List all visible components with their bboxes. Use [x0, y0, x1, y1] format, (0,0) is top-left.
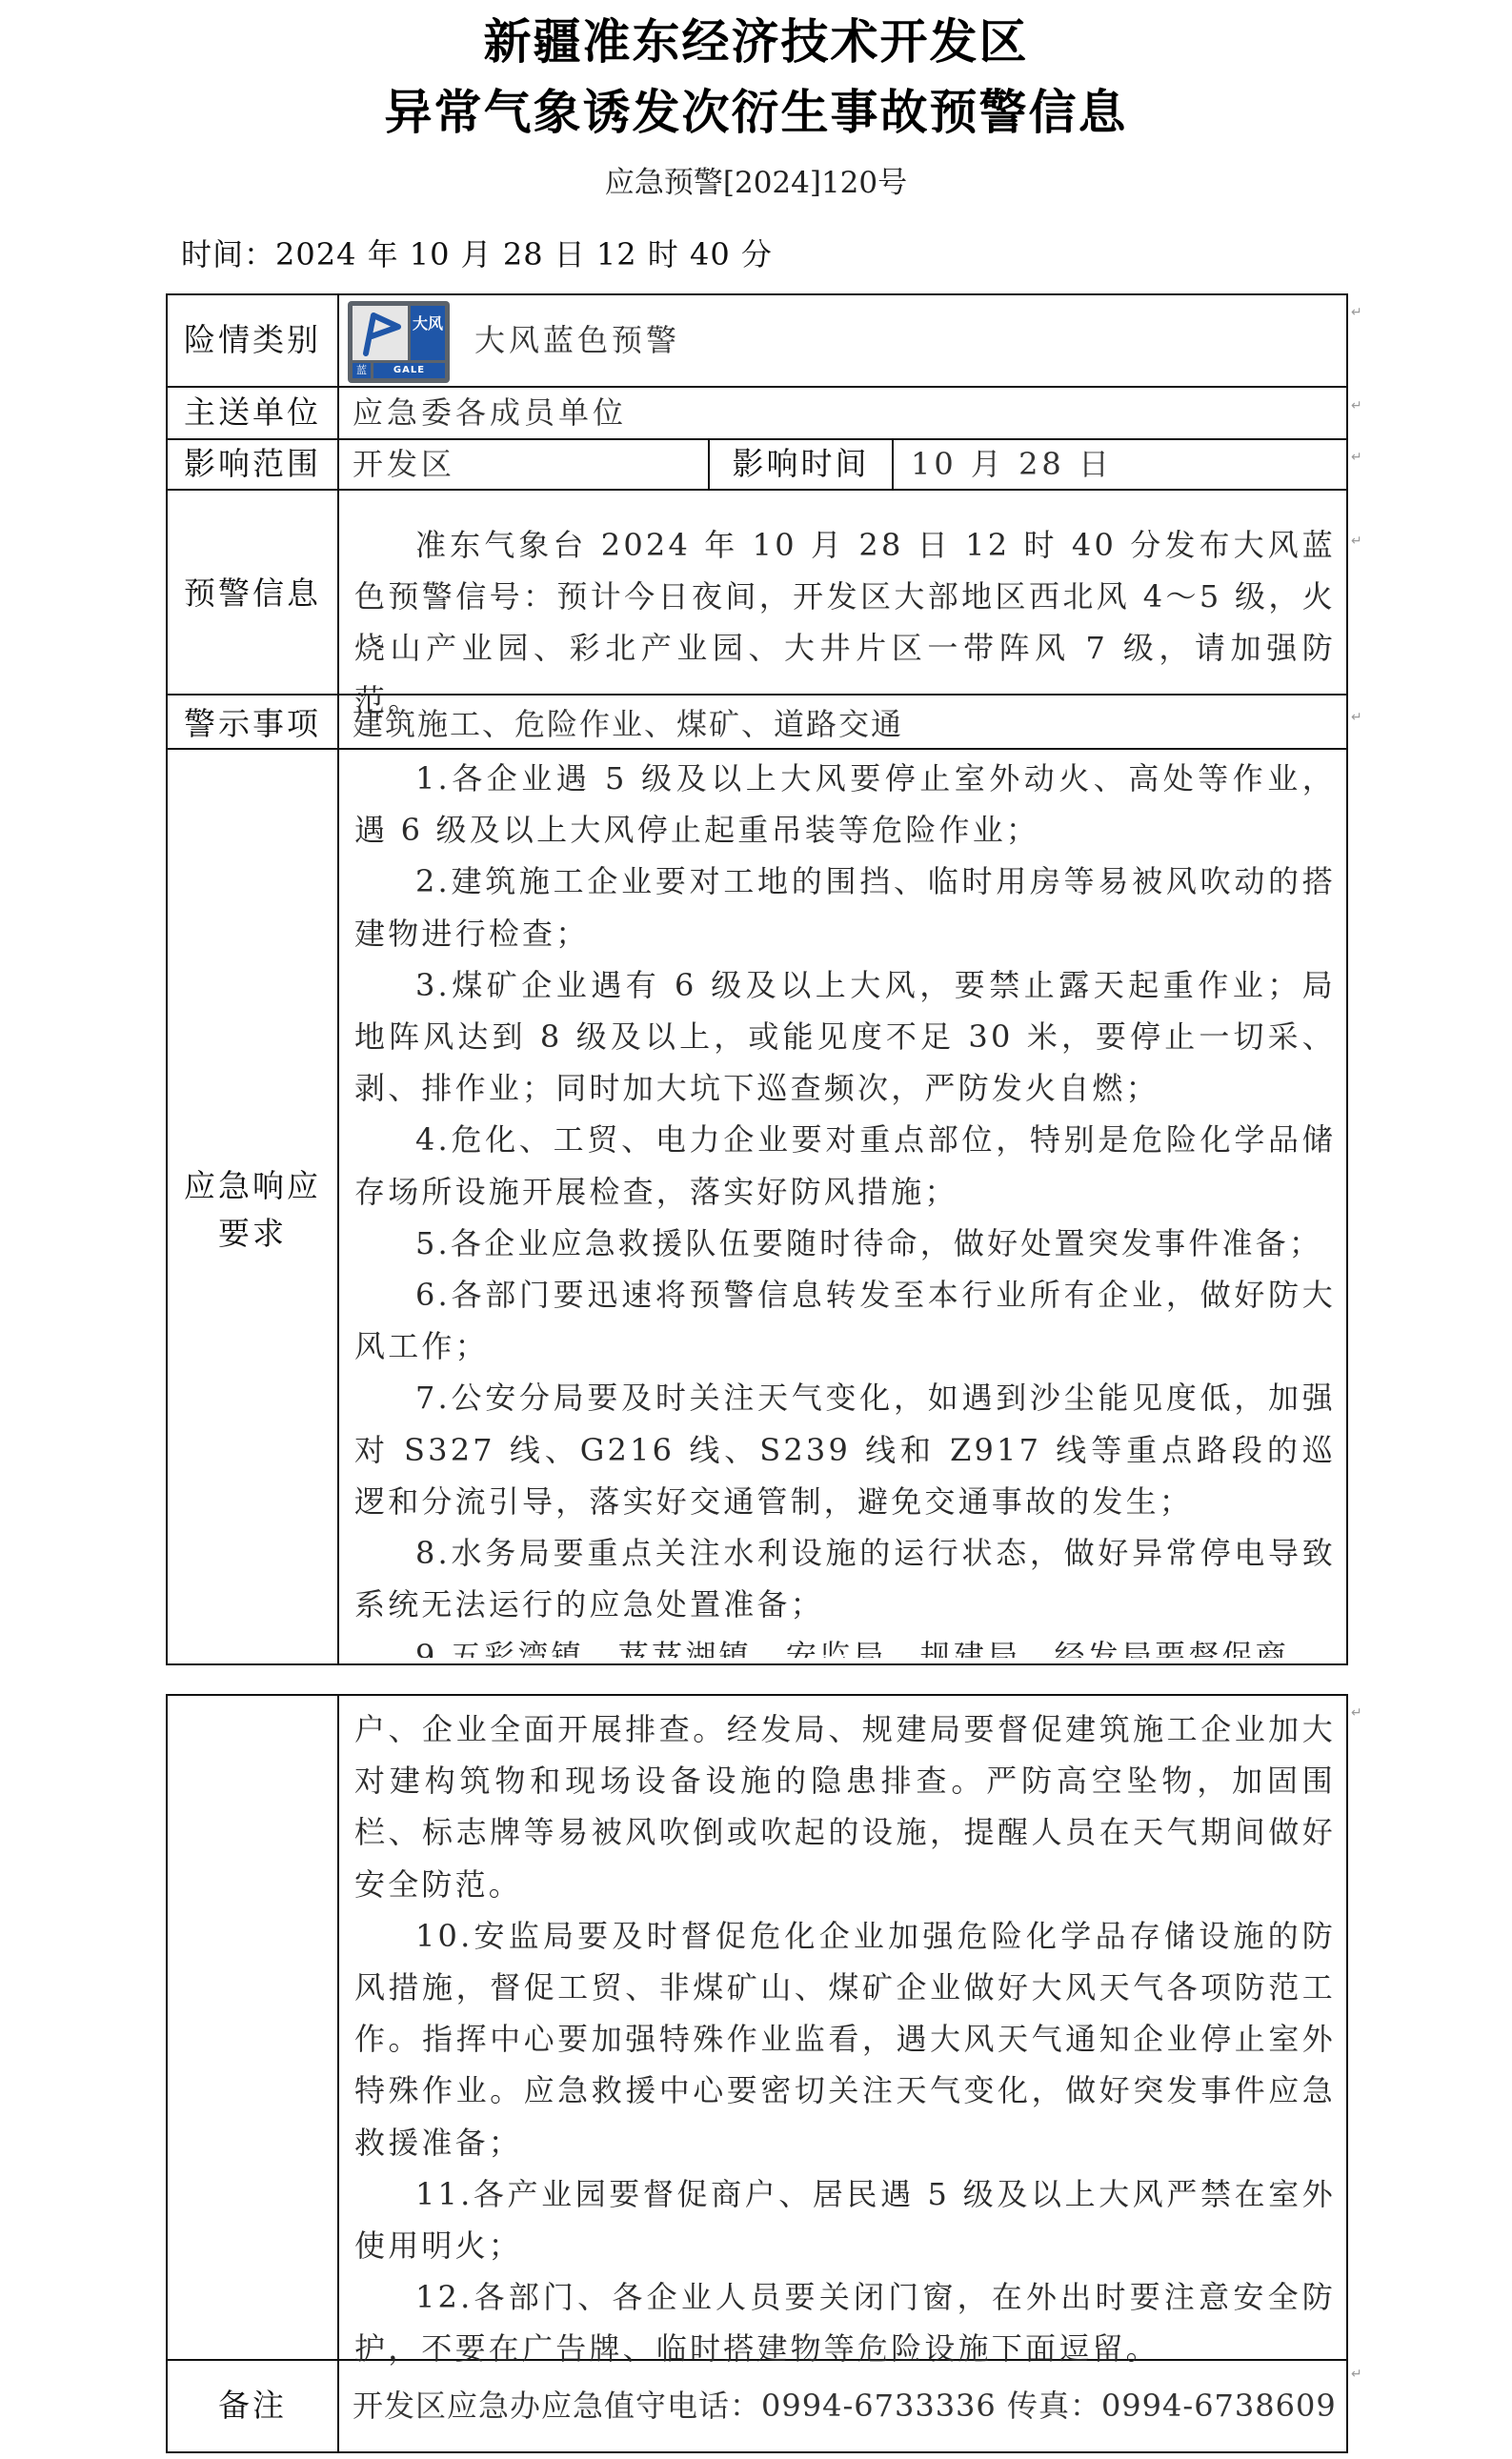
paragraph-mark: ↵ [1351, 305, 1362, 320]
recipients-value: 应急委各成员单位 [353, 387, 627, 438]
document-number: 应急预警[2024]120号 [0, 164, 1512, 202]
paragraph-mark: ↵ [1351, 450, 1362, 465]
response-item: 4.危化、工贸、电力企业要对重点部位，特别是危险化学品储存场所设施开展检查，落实… [354, 1114, 1336, 1217]
response-item: 7.公安分局要及时关注天气变化，如遇到沙尘能见度低，加强对 S327 线、G21… [354, 1372, 1336, 1527]
paragraph-mark: ↵ [1351, 2367, 1362, 2382]
paragraph-mark: ↵ [1351, 1705, 1362, 1721]
alert-items-value: 建筑施工、危险作业、煤矿、道路交通 [353, 698, 903, 750]
response-items-page1: 1.各企业遇 5 级及以上大风要停止室外动火、高处等作业，遇 6 级及以上大风停… [354, 753, 1336, 1658]
response-item: 12.各部门、各企业人员要关闭门窗，在外出时要注意安全防护，不要在广告牌、临时搭… [354, 2271, 1336, 2374]
response-item: 8.水务局要重点关注水利设施的运行状态，做好异常停电导致系统无法运行的应急处置准… [354, 1527, 1336, 1630]
response-item: 2.建筑施工企业要对工地的围挡、临时用房等易被风吹动的搭建物进行检查； [354, 856, 1336, 958]
column-divider [892, 438, 894, 491]
paragraph-mark: ↵ [1351, 710, 1362, 725]
issue-time: 时间：2024 年 10 月 28 日 12 时 40 分 [181, 235, 773, 273]
response-item: 11.各产业园要督促商户、居民遇 5 级及以上大风严禁在室外使用明火； [354, 2168, 1336, 2271]
row-divider [166, 386, 1348, 388]
paragraph-mark: ↵ [1351, 398, 1362, 413]
flag-icon [353, 306, 408, 360]
response-item: 9.五彩湾镇、芨芨湖镇，安监局、规建局、经发局要督促商 [354, 1630, 1336, 1658]
hazard-type-label: 险情类别 [168, 316, 337, 364]
response-item-continuation: 户、企业全面开展排查。经发局、规建局要督促建筑施工企业加大对建构筑物和现场设备设… [354, 1703, 1336, 1910]
remarks-label: 备注 [168, 2382, 337, 2429]
response-item: 5.各企业应急救援队伍要随时待命，做好处置突发事件准备； [354, 1218, 1336, 1269]
scope-value: 开发区 [353, 438, 455, 490]
response-item: 3.煤矿企业遇有 6 级及以上大风，要禁止露天起重作业；局地阵风达到 8 级及以… [354, 959, 1336, 1115]
warning-info-text: 准东气象台 2024 年 10 月 28 日 12 时 40 分发布大风蓝色预警… [354, 519, 1336, 726]
warning-info-label: 预警信息 [168, 570, 337, 617]
gale-icon-level: 蓝 [353, 363, 371, 378]
document-title-line1: 新疆准东经济技术开发区 [0, 13, 1512, 71]
impact-time-label: 影响时间 [710, 440, 892, 488]
recipients-label: 主送单位 [168, 389, 337, 436]
response-item: 6.各部门要迅速将预警信息转发至本行业所有企业，做好防大风工作； [354, 1269, 1336, 1372]
alert-items-label: 警示事项 [168, 700, 337, 748]
gale-blue-warning-icon: 大风 蓝 GALE [348, 301, 450, 383]
scope-label: 影响范围 [168, 440, 337, 488]
paragraph-mark: ↵ [1351, 534, 1362, 549]
response-label-line1: 应急响应 [168, 1162, 337, 1210]
gale-icon-english: GALE [373, 363, 445, 378]
warning-info-paragraph: 准东气象台 2024 年 10 月 28 日 12 时 40 分发布大风蓝色预警… [354, 519, 1336, 726]
response-label-line2: 要求 [168, 1210, 337, 1258]
column-divider [337, 293, 339, 1665]
impact-time-value: 10 月 28 日 [911, 438, 1113, 490]
column-divider [337, 1694, 339, 2453]
response-item: 1.各企业遇 5 级及以上大风要停止室外动火、高处等作业，遇 6 级及以上大风停… [354, 753, 1336, 856]
gale-icon-name: 大风 [411, 306, 445, 360]
document-title-line2: 异常气象诱发次衍生事故预警信息 [0, 84, 1512, 141]
hazard-type-value: 大风蓝色预警 [474, 314, 680, 366]
remarks-value: 开发区应急办应急值守电话：0994-6733336 传真：0994-673860… [353, 2380, 1337, 2431]
response-item: 10.安监局要及时督促危化企业加强危险化学品存储设施的防风措施，督促工贸、非煤矿… [354, 1910, 1336, 2168]
row-divider [166, 489, 1348, 491]
response-items-page2: 户、企业全面开展排查。经发局、规建局要督促建筑施工企业加大对建构筑物和现场设备设… [354, 1703, 1336, 2375]
